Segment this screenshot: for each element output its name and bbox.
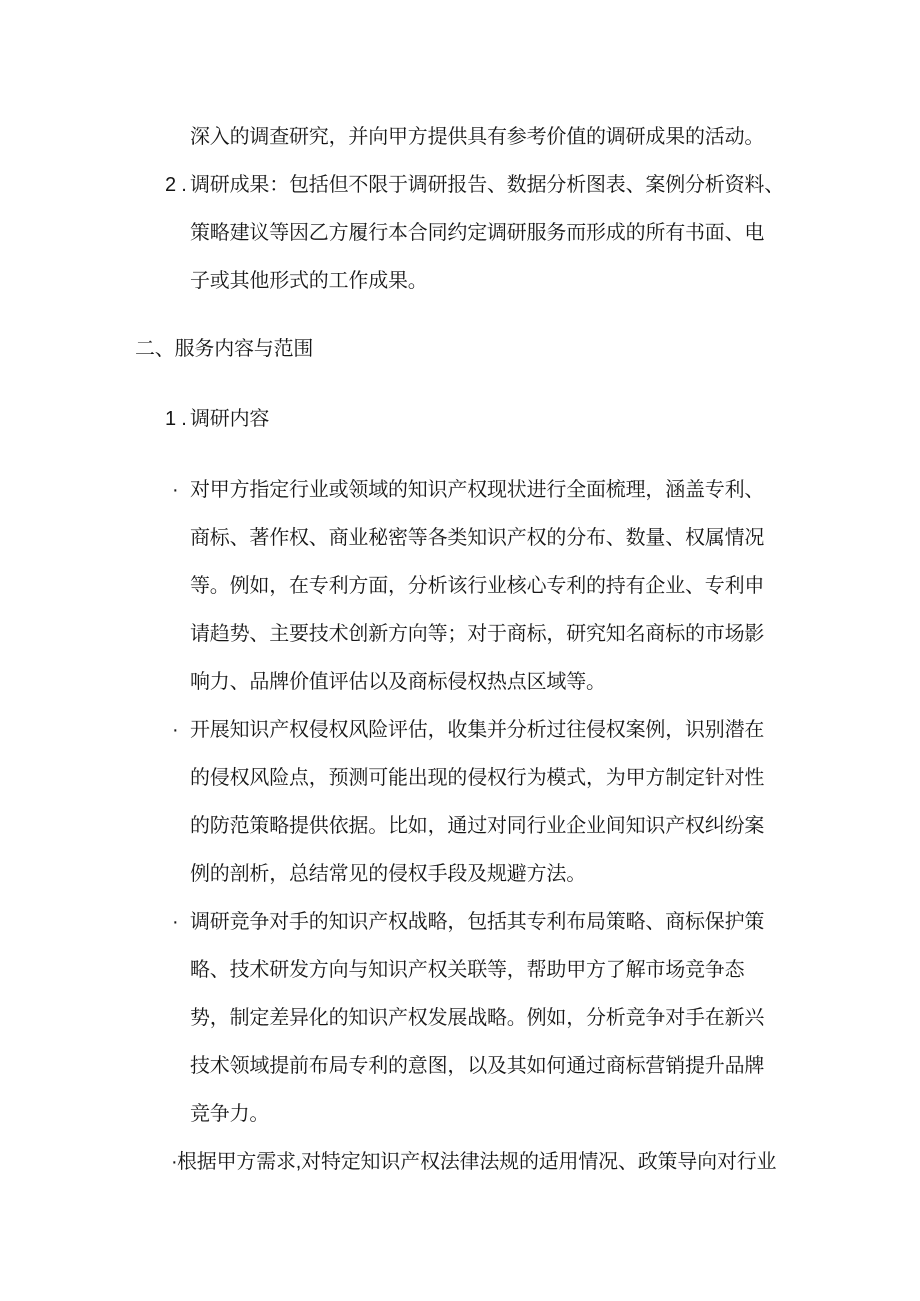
section-heading: 二、服务内容与范围 (135, 325, 920, 373)
subsection-heading: 1 .调研内容 (190, 395, 920, 443)
bullet-marker: · (172, 898, 178, 946)
text-line: 二、服务内容与范围 (135, 325, 920, 373)
bullet-item: ·对甲方指定行业或领域的知识产权现状进行全面梳理，涵盖专利、商标、著作权、商业秘… (190, 466, 920, 706)
text-line: 策略建议等因乙方履行本合同约定调研服务而形成的所有书面、电 (190, 209, 920, 257)
text-line: 略、技术研发方向与知识产权关联等，帮助甲方了解市场竞争态 (190, 946, 920, 994)
bullet-item: ·调研竞争对手的知识产权战略，包括其专利布局策略、商标保护策略、技术研发方向与知… (190, 898, 920, 1138)
list-number: 1 . (165, 395, 187, 443)
text-line: 调研竞争对手的知识产权战略，包括其专利布局策略、商标保护策 (190, 898, 920, 946)
text-line: 开展知识产权侵权风险评估，收集并分析过往侵权案例，识别潜在 (190, 706, 920, 754)
document-page: 深入的调查研究，并向甲方提供具有参考价值的调研成果的活动。2 .调研成果：包括但… (0, 0, 920, 1301)
list-number: 2 . (165, 161, 187, 209)
bullet-marker: · (172, 466, 178, 514)
text-line: 例的剖析，总结常见的侵权手段及规避方法。 (190, 850, 920, 898)
text-line: 竞争力。 (190, 1090, 920, 1138)
text-line: 等。例如，在专利方面，分析该行业核心专利的持有企业、专利申 (190, 562, 920, 610)
document-content: 深入的调查研究，并向甲方提供具有参考价值的调研成果的活动。2 .调研成果：包括但… (190, 113, 920, 1186)
text-line: 请趋势、主要技术创新方向等；对于商标，研究知名商标的市场影 (190, 610, 920, 658)
bullet-marker: · (171, 1138, 177, 1186)
text-line: 势，制定差异化的知识产权发展战略。例如，分析竞争对手在新兴 (190, 994, 920, 1042)
bullet-marker: · (172, 706, 178, 754)
text-line: 子或其他形式的工作成果。 (190, 257, 920, 305)
text-line: 对甲方指定行业或领域的知识产权现状进行全面梳理，涵盖专利、 (190, 466, 920, 514)
text-line: 调研成果：包括但不限于调研报告、数据分析图表、案例分析资料、 (190, 161, 920, 209)
text-line: 响力、品牌价值评估以及商标侵权热点区域等。 (190, 658, 920, 706)
text-line: 商标、著作权、商业秘密等各类知识产权的分布、数量、权属情况 (190, 514, 920, 562)
text-line: 调研内容 (190, 395, 920, 443)
numbered-paragraph: 2 .调研成果：包括但不限于调研报告、数据分析图表、案例分析资料、策略建议等因乙… (190, 161, 920, 305)
text-line: 根据甲方需求,对特定知识产权法律法规的适用情况、政策导向对行业 (177, 1138, 920, 1186)
text-line: 的防范策略提供依据。比如，通过对同行业企业间知识产权纠纷案 (190, 802, 920, 850)
bullet-item: ·开展知识产权侵权风险评估，收集并分析过往侵权案例，识别潜在的侵权风险点，预测可… (190, 706, 920, 898)
text-line: 的侵权风险点，预测可能出现的侵权行为模式，为甲方制定针对性 (190, 754, 920, 802)
bullet-item: ·根据甲方需求,对特定知识产权法律法规的适用情况、政策导向对行业 (177, 1138, 920, 1186)
paragraph-continuation: 深入的调查研究，并向甲方提供具有参考价值的调研成果的活动。 (190, 113, 920, 161)
text-line: 深入的调查研究，并向甲方提供具有参考价值的调研成果的活动。 (190, 113, 920, 161)
text-line: 技术领域提前布局专利的意图，以及其如何通过商标营销提升品牌 (190, 1042, 920, 1090)
